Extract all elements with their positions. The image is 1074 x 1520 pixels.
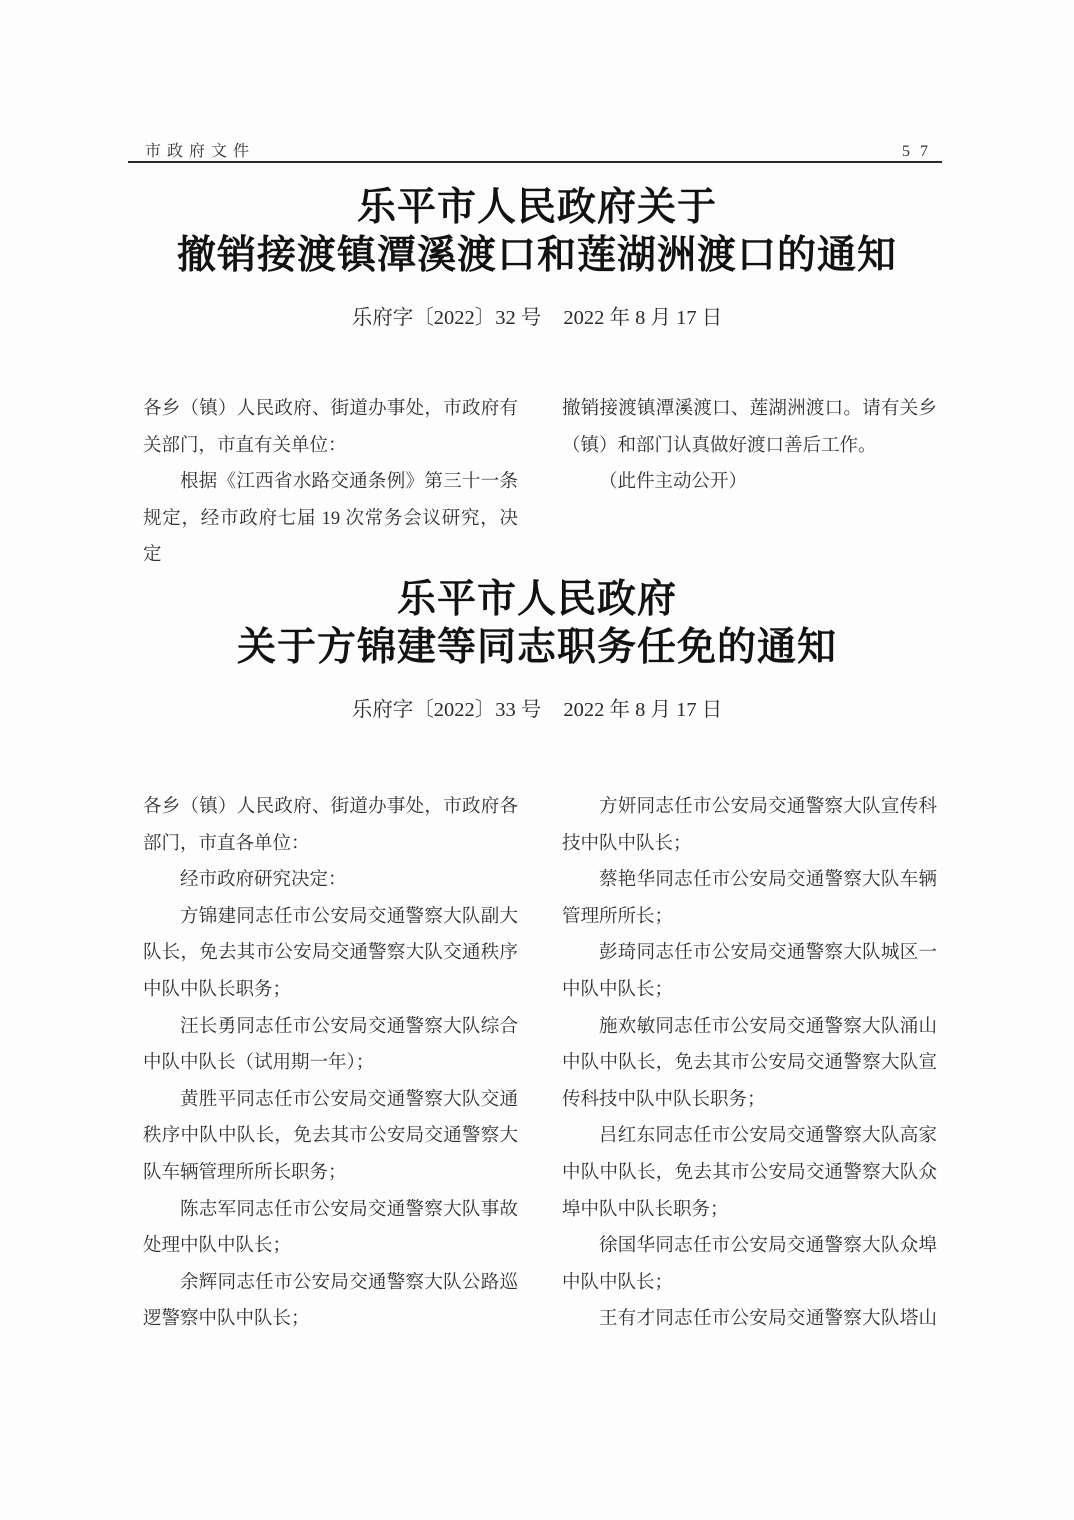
body-line: 处理中队中队长；	[143, 1228, 518, 1265]
body-line: 根据《江西省水路交通条例》第三十一条	[143, 464, 518, 501]
body-line: 队车辆管理所所长职务；	[143, 1155, 518, 1192]
doc1-body: 各乡（镇）人民政府、街道办事处，市政府有关部门，市直有关单位：根据《江西省水路交…	[143, 391, 937, 537]
body-line: 各乡（镇）人民政府、街道办事处，市政府有	[143, 391, 518, 428]
doc1-title-line2: 撤销接渡镇潭溪渡口和莲湖洲渡口的通知	[140, 232, 934, 280]
body-line: （此件主动公开）	[562, 464, 937, 501]
body-line: 汪长勇同志任市公安局交通警察大队综合	[143, 1009, 518, 1046]
body-line: 传科技中队中队长职务；	[562, 1082, 937, 1119]
body-line: 王有才同志任市公安局交通警察大队塔山	[562, 1301, 937, 1338]
body-line: 中队中队长，免去其市公安局交通警察大队众	[562, 1155, 937, 1192]
body-line: 逻警察中队中队长；	[143, 1301, 518, 1338]
doc2-title-line2: 关于方锦建等同志职务任免的通知	[140, 624, 934, 672]
doc2-meta: 乐府字〔2022〕33 号2022 年 8 月 17 日	[140, 699, 934, 722]
doc1-date: 2022 年 8 月 17 日	[563, 307, 722, 329]
page-number: 5 7	[902, 143, 931, 161]
body-line: 彭琦同志任市公安局交通警察大队城区一	[562, 935, 937, 972]
body-line: 方妍同志任市公安局交通警察大队宣传科	[562, 789, 937, 826]
doc1-title-line1: 乐平市人民政府关于	[140, 184, 934, 232]
body-line: 蔡艳华同志任市公安局交通警察大队车辆	[562, 862, 937, 899]
body-line: 中队中队长职务；	[143, 972, 518, 1009]
doc2-heading: 乐平市人民政府 关于方锦建等同志职务任免的通知 乐府字〔2022〕33 号202…	[140, 576, 934, 722]
doc1-heading: 乐平市人民政府关于 撤销接渡镇潭溪渡口和莲湖洲渡口的通知 乐府字〔2022〕32…	[140, 184, 934, 330]
doc1-left-column: 各乡（镇）人民政府、街道办事处，市政府有关部门，市直有关单位：根据《江西省水路交…	[143, 391, 518, 537]
body-line: 关部门，市直有关单位：	[143, 428, 518, 465]
doc2-date: 2022 年 8 月 17 日	[563, 699, 722, 721]
body-line: 各乡（镇）人民政府、街道办事处，市政府各	[143, 789, 518, 826]
body-line: 埠中队中队长职务；	[562, 1192, 937, 1229]
doc1-title: 乐平市人民政府关于 撤销接渡镇潭溪渡口和莲湖洲渡口的通知	[140, 184, 934, 280]
body-line: 撤销接渡镇潭溪渡口、莲湖洲渡口。请有关乡	[562, 391, 937, 428]
body-line: 队长，免去其市公安局交通警察大队交通秩序	[143, 935, 518, 972]
body-line: 管理所所长；	[562, 899, 937, 936]
body-line: 规定，经市政府七届 19 次常务会议研究，决定	[143, 501, 518, 538]
body-line: 技中队中队长；	[562, 826, 937, 863]
doc2-number: 乐府字〔2022〕33 号	[352, 699, 542, 721]
body-line: 部门，市直各单位：	[143, 826, 518, 863]
body-line: 中队中队长；	[562, 1265, 937, 1302]
body-line: 秩序中队中队长，免去其市公安局交通警察大	[143, 1118, 518, 1155]
body-line: （镇）和部门认真做好渡口善后工作。	[562, 428, 937, 465]
body-line: 施欢敏同志任市公安局交通警察大队涌山	[562, 1009, 937, 1046]
body-line: 中队中队长；	[562, 972, 937, 1009]
doc1-meta: 乐府字〔2022〕32 号2022 年 8 月 17 日	[140, 307, 934, 330]
doc2-title-line1: 乐平市人民政府	[140, 576, 934, 624]
header-rule	[128, 161, 942, 163]
body-line: 黄胜平同志任市公安局交通警察大队交通	[143, 1082, 518, 1119]
body-line: 吕红东同志任市公安局交通警察大队高家	[562, 1118, 937, 1155]
body-line: 陈志军同志任市公安局交通警察大队事故	[143, 1192, 518, 1229]
body-line: 中队中队长，免去其市公安局交通警察大队宣	[562, 1045, 937, 1082]
doc1-right-column: 撤销接渡镇潭溪渡口、莲湖洲渡口。请有关乡（镇）和部门认真做好渡口善后工作。（此件…	[562, 391, 937, 537]
doc2-left-column: 各乡（镇）人民政府、街道办事处，市政府各部门，市直各单位：经市政府研究决定：方锦…	[143, 789, 518, 1338]
header-section-label: 市政府文件	[145, 138, 255, 161]
gazette-page: 市政府文件 5 7 乐平市人民政府关于 撤销接渡镇潭溪渡口和莲湖洲渡口的通知 乐…	[0, 0, 1074, 1520]
body-line: 余辉同志任市公安局交通警察大队公路巡	[143, 1265, 518, 1302]
doc2-body: 各乡（镇）人民政府、街道办事处，市政府各部门，市直各单位：经市政府研究决定：方锦…	[143, 789, 937, 1338]
body-line: 中队中队长（试用期一年）；	[143, 1045, 518, 1082]
doc2-right-column: 方妍同志任市公安局交通警察大队宣传科技中队中队长；蔡艳华同志任市公安局交通警察大…	[562, 789, 937, 1338]
doc2-title: 乐平市人民政府 关于方锦建等同志职务任免的通知	[140, 576, 934, 672]
doc1-number: 乐府字〔2022〕32 号	[352, 307, 542, 329]
body-line: 徐国华同志任市公安局交通警察大队众埠	[562, 1228, 937, 1265]
body-line: 方锦建同志任市公安局交通警察大队副大	[143, 899, 518, 936]
body-line: 经市政府研究决定：	[143, 862, 518, 899]
